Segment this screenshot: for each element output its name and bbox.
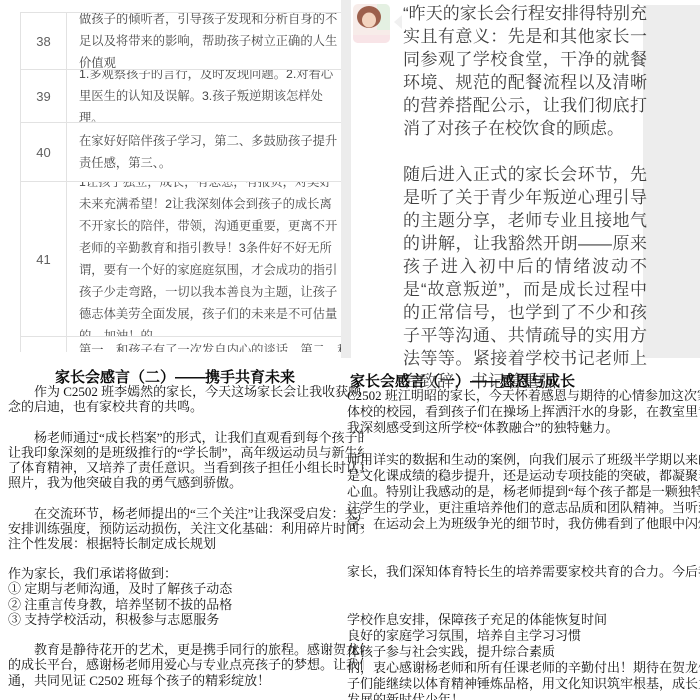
doc-line	[8, 627, 364, 642]
feedback-table: 38 做孩子的倾听者，引导孩子发现和分析自身的不足以及将带来的影响，帮助孩子树立…	[20, 12, 341, 352]
screenshot-collage: 38 做孩子的倾听者，引导孩子发现和分析自身的不足以及将带来的影响，帮助孩子树立…	[0, 0, 700, 700]
doc-line	[347, 580, 700, 596]
row-text-cell: 在家好好陪伴孩子学习，第二、多鼓励孩子提升责任感，第三、。	[67, 123, 341, 181]
chat-paragraph: “昨天的家长会行程安排得特别充实且有意义：先是和其他家长一同参观了学校食堂，干净…	[403, 2, 647, 140]
doc-line: ① 定期与老师沟通，及时了解孩子动态	[8, 581, 364, 596]
doc-line: 们，衷心感谢杨老师和所有任课老师的辛勤付出！期待在贺龙体校	[347, 660, 700, 676]
row-number-cell: 39	[20, 70, 67, 122]
doc-line: 照片，我为他突破自我的勇气感到骄傲。	[8, 475, 364, 490]
doc-line: 念的启迪，也有家校共育的共鸣。	[8, 399, 364, 414]
doc-line: 我深刻感受到这所学校“体教融合”的独特魅力。	[347, 420, 700, 436]
row-number-cell: 40	[20, 123, 67, 181]
avatar-photo-icon	[353, 4, 390, 43]
testimonial-doc-left: 作为 C2502 班李嫣然的家长，今天这场家长会让我收获颇念的启迪，也有家校共育…	[8, 384, 364, 696]
row-text: 1.多观察孩子的言行，及时发现问题。2.对看心里医生的认知及误解。3.孩子叛逆期…	[79, 69, 341, 122]
row-text: 1让孩子独立，成长，有思想，有报负，对美好未来充满希望！2让我深刻体会到孩子的成…	[79, 181, 341, 336]
doc-line: 作为家长，我们承诺将做到：	[8, 566, 364, 581]
doc-line: 家长，我们深知体育特长生的培养需要家校共育的合力。今后我	[347, 564, 700, 580]
row-text-cell: 1.多观察孩子的言行，及时发现问题。2.对看心里医生的认知及误解。3.孩子叛逆期…	[67, 70, 341, 122]
doc-line: 体孩子参与社会实践，提升综合素质	[347, 644, 700, 660]
doc-line: 了体育精神，又培养了责任意识。当看到孩子担任小组长时认真	[8, 460, 364, 475]
doc-line: 让我印象深刻的是班级推行的“学长制”，高年级运动员与新生结	[8, 445, 364, 460]
doc-line: 作为 C2502 班李嫣然的家长，今天这场家长会让我收获颇	[8, 384, 364, 399]
doc-line	[8, 414, 364, 429]
doc-line: 的成长平台，感谢杨老师用爱心与专业点亮孩子的梦想。让我们	[8, 657, 364, 672]
feedback-table-panel: 38 做孩子的倾听者，引导孩子发现和分析自身的不足以及将带来的影响，帮助孩子树立…	[0, 0, 341, 352]
avatar	[353, 4, 390, 43]
row-text-cell: 1让孩子独立，成长，有思想，有报负，对美好未来充满希望！2让我深刻体会到孩子的成…	[67, 182, 341, 336]
doc-line: 良好的家庭学习氛围，培养自主学习习惯	[347, 628, 700, 644]
table-row: 41 1让孩子独立，成长，有思想，有报负，对美好未来充满希望！2让我深刻体会到孩…	[20, 181, 341, 336]
doc-line: 发展的新时代少年！	[347, 692, 700, 700]
doc-line: 在交流环节，杨老师提出的“三个关注”让我深受启发：关注	[8, 506, 364, 521]
doc-line: 是文化课成绩的稳步提升，还是运动专项技能的突破，都凝聚着	[347, 468, 700, 484]
row-number-cell	[20, 337, 67, 352]
doc-line: 体校的校园，看到孩子们在操场上挥洒汗水的身影，在教室里专	[347, 404, 700, 420]
row-text-cell: 第一、和孩子有了一次发自内心的谈话，第二、和孩	[67, 337, 341, 352]
table-row-partial: 第一、和孩子有了一次发自内心的谈话，第二、和孩	[20, 336, 341, 352]
doc-line: 学校作息安排，保障孩子充足的体能恢复时间	[347, 612, 700, 628]
doc-line: 安排训练强度，预防运动损伤，关注文化基础：利用碎片时间夯	[8, 521, 364, 536]
doc-line: 师用详实的数据和生动的案例，向我们展示了班级半学期以来的	[347, 452, 700, 468]
doc-line	[347, 436, 700, 452]
doc-line: C2502 班江明昭的家长，今天怀着感恩与期待的心情参加这次家	[347, 388, 700, 404]
table-row: 39 1.多观察孩子的言行，及时发现问题。2.对看心里医生的认知及误解。3.孩子…	[20, 69, 341, 122]
doc-line	[8, 490, 364, 505]
row-text-cell: 做孩子的倾听者，引导孩子发现和分析自身的不足以及将带来的影响，帮助孩子树立正确的…	[67, 13, 341, 69]
doc-line	[8, 551, 364, 566]
doc-line: 子们能继续以体育精神锤炼品格，用文化知识筑牢根基，成长为	[347, 676, 700, 692]
row-text: 在家好好陪伴孩子学习，第二、多鼓励孩子提升责任感，第三、。	[79, 130, 341, 174]
doc-line: 学、在运动会上为班级争光的细节时，我仿佛看到了他眼中闪烁	[347, 516, 700, 532]
chat-message-panel: “昨天的家长会行程安排得特别充实且有意义：先是和其他家长一同参观了学校食堂，干净…	[351, 0, 700, 358]
doc-line	[347, 596, 700, 612]
doc-line: 注学生的学业，更注重培养他们的意志品质和团队精神。当听到	[347, 500, 700, 516]
doc-line: 注个性发展：根据特长制定成长规划	[8, 536, 364, 551]
panel-seam-divider	[341, 0, 351, 358]
doc-line	[347, 532, 700, 548]
doc-line: ③ 支持学校活动，积极参与志愿服务	[8, 612, 364, 627]
table-row: 40 在家好好陪伴孩子学习，第二、多鼓励孩子提升责任感，第三、。	[20, 122, 341, 181]
row-text: 做孩子的倾听者，引导孩子发现和分析自身的不足以及将带来的影响，帮助孩子树立正确的…	[79, 12, 341, 69]
table-row: 38 做孩子的倾听者，引导孩子发现和分析自身的不足以及将带来的影响，帮助孩子树立…	[20, 12, 341, 69]
chat-paragraph: 随后进入正式的家长会环节，先是听了关于青少年叛逆心理引导的主题分享，老师专业且接…	[403, 163, 647, 393]
doc-line: 教育是静待花开的艺术，更是携手同行的旅程。感谢贺龙体	[8, 642, 364, 657]
row-number-cell: 41	[20, 182, 67, 336]
background-strip	[643, 5, 700, 358]
doc-line	[347, 548, 700, 564]
doc-line: 通，共同见证 C2502 班每个孩子的精彩绽放！	[8, 673, 364, 688]
doc-line: ② 注重言传身教，培养坚韧不拔的品格	[8, 597, 364, 612]
chat-message: “昨天的家长会行程安排得特别充实且有意义：先是和其他家长一同参观了学校食堂，干净…	[403, 2, 647, 416]
doc-line: 杨老师通过“成长档案”的形式，让我们直观看到每个孩子的	[8, 430, 364, 445]
row-number-cell: 38	[20, 13, 67, 69]
testimonial-doc-right: C2502 班江明昭的家长，今天怀着感恩与期待的心情参加这次家体校的校园，看到孩…	[347, 388, 700, 700]
chat-bubble-tail-icon	[394, 15, 402, 29]
doc-line: 心血。特别让我感动的是，杨老师提到“每个孩子都是一颗独特的	[347, 484, 700, 500]
